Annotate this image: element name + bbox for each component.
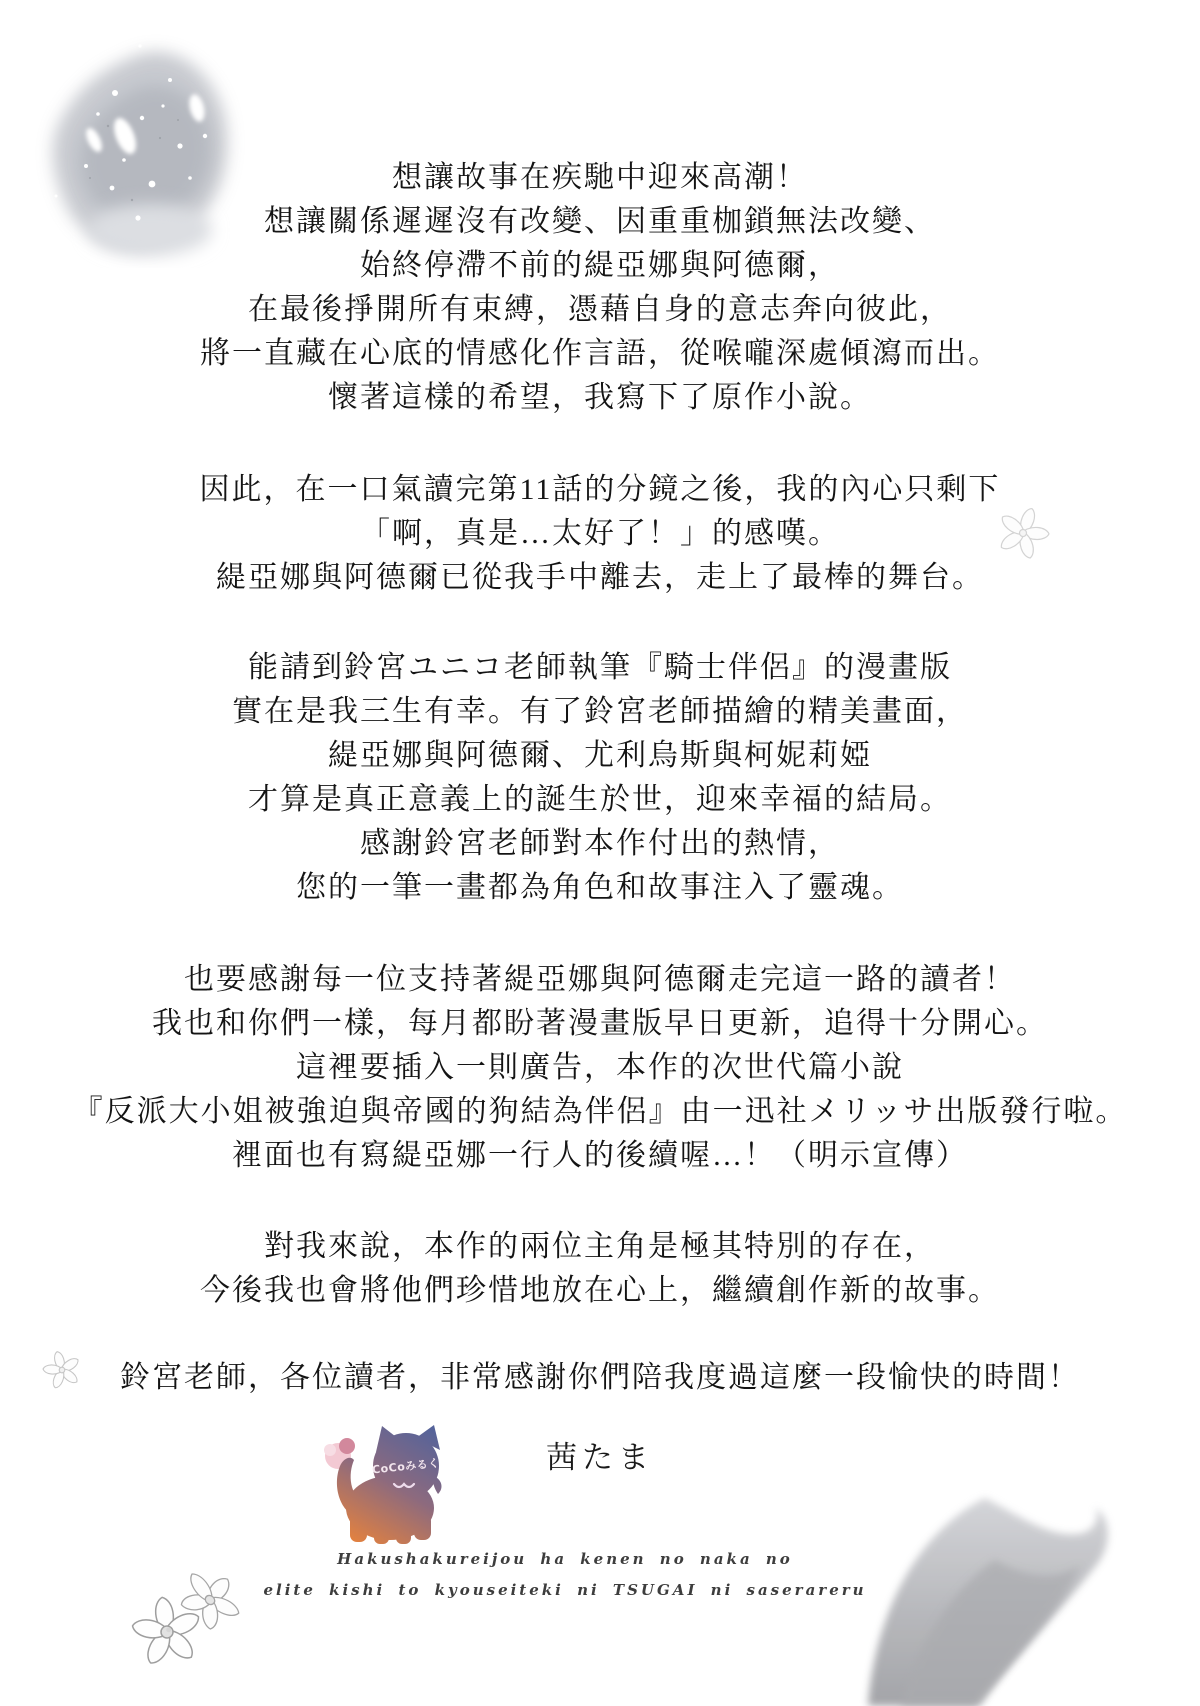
text-line: 我也和你們一樣，每月都盼著漫畫版早日更新，追得十分開心。 (0, 1002, 1200, 1046)
text-line: 也要感謝每一位支持著緹亞娜與阿德爾走完這一路的讀者！ (0, 958, 1200, 1002)
paragraph-6: 鈴宮老師，各位讀者，非常感謝你們陪我度過這麼一段愉快的時間！ (0, 1356, 1200, 1400)
text-line: 緹亞娜與阿德爾、尤利烏斯與柯妮莉婭 (0, 734, 1200, 778)
text-line: 今後我也會將他們珍惜地放在心上，繼續創作新的故事。 (0, 1269, 1200, 1313)
romaji-line-2: elite kishi to kyouseiteki ni TSUGAI ni … (0, 1575, 1130, 1606)
text-line: 實在是我三生有幸。有了鈴宮老師描繪的精美畫面， (0, 690, 1200, 734)
romaji-series-title: Hakushakureijou ha kenen no naka no elit… (0, 1544, 1130, 1606)
text-line: 感謝鈴宮老師對本作付出的熱情， (0, 822, 1200, 866)
paragraph-5: 對我來說，本作的兩位主角是極其特別的存在， 今後我也會將他們珍惜地放在心上，繼續… (0, 1225, 1200, 1313)
text-line: 「啊，真是…太好了！」的感嘆。 (0, 512, 1200, 556)
text-line: 因此，在一口氣讀完第11話的分鏡之後，我的內心只剩下 (0, 468, 1200, 512)
text-line: 這裡要插入一則廣告，本作的次世代篇小說 (0, 1046, 1200, 1090)
text-line: 對我來說，本作的兩位主角是極其特別的存在， (0, 1225, 1200, 1269)
paragraph-1: 想讓故事在疾馳中迎來高潮！ 想讓關係遲遲沒有改變、因重重枷鎖無法改變、 始終停滯… (0, 156, 1200, 420)
text-line: 始終停滯不前的緹亞娜與阿德爾， (0, 244, 1200, 288)
cat-mouth-icon (394, 1484, 414, 1487)
paragraph-4: 也要感謝每一位支持著緹亞娜與阿德爾走完這一路的讀者！ 我也和你們一樣，每月都盼著… (0, 958, 1200, 1178)
text-line: 才算是真正意義上的誕生於世，迎來幸福的結局。 (0, 778, 1200, 822)
author-signature: 茜たま (0, 1436, 1200, 1480)
text-line: 『反派大小姐被強迫與帝國的狗結為伴侶』由一迅社メリッサ出版發行啦。 (0, 1090, 1200, 1134)
text-line: 懷著這樣的希望，我寫下了原作小說。 (0, 376, 1200, 420)
paragraph-2: 因此，在一口氣讀完第11話的分鏡之後，我的內心只剩下 「啊，真是…太好了！」的感… (0, 468, 1200, 600)
text-line: 在最後掙開所有束縛，憑藉自身的意志奔向彼此， (0, 288, 1200, 332)
paragraph-3: 能請到鈴宮ユニコ老師執筆『騎士伴侶』的漫畫版 實在是我三生有幸。有了鈴宮老師描繪… (0, 646, 1200, 910)
afterword-page: CoCoみるく 想讓故事在疾馳中迎來高潮！ 想讓關係遲遲沒有改變、因重重枷鎖無法… (0, 0, 1200, 1706)
text-line: 鈴宮老師，各位讀者，非常感謝你們陪我度過這麼一段愉快的時間！ (0, 1356, 1200, 1400)
text-line: 裡面也有寫緹亞娜一行人的後續喔…！（明示宣傳） (0, 1134, 1200, 1178)
text-line: 緹亞娜與阿德爾已從我手中離去，走上了最棒的舞台。 (0, 556, 1200, 600)
text-line: 您的一筆一畫都為角色和故事注入了靈魂。 (0, 866, 1200, 910)
text-line: 想讓故事在疾馳中迎來高潮！ (0, 156, 1200, 200)
romaji-line-1: Hakushakureijou ha kenen no naka no (0, 1544, 1130, 1575)
text-line: 將一直藏在心底的情感化作言語，從喉嚨深處傾瀉而出。 (0, 332, 1200, 376)
text-line: 想讓關係遲遲沒有改變、因重重枷鎖無法改變、 (0, 200, 1200, 244)
text-line: 能請到鈴宮ユニコ老師執筆『騎士伴侶』的漫畫版 (0, 646, 1200, 690)
